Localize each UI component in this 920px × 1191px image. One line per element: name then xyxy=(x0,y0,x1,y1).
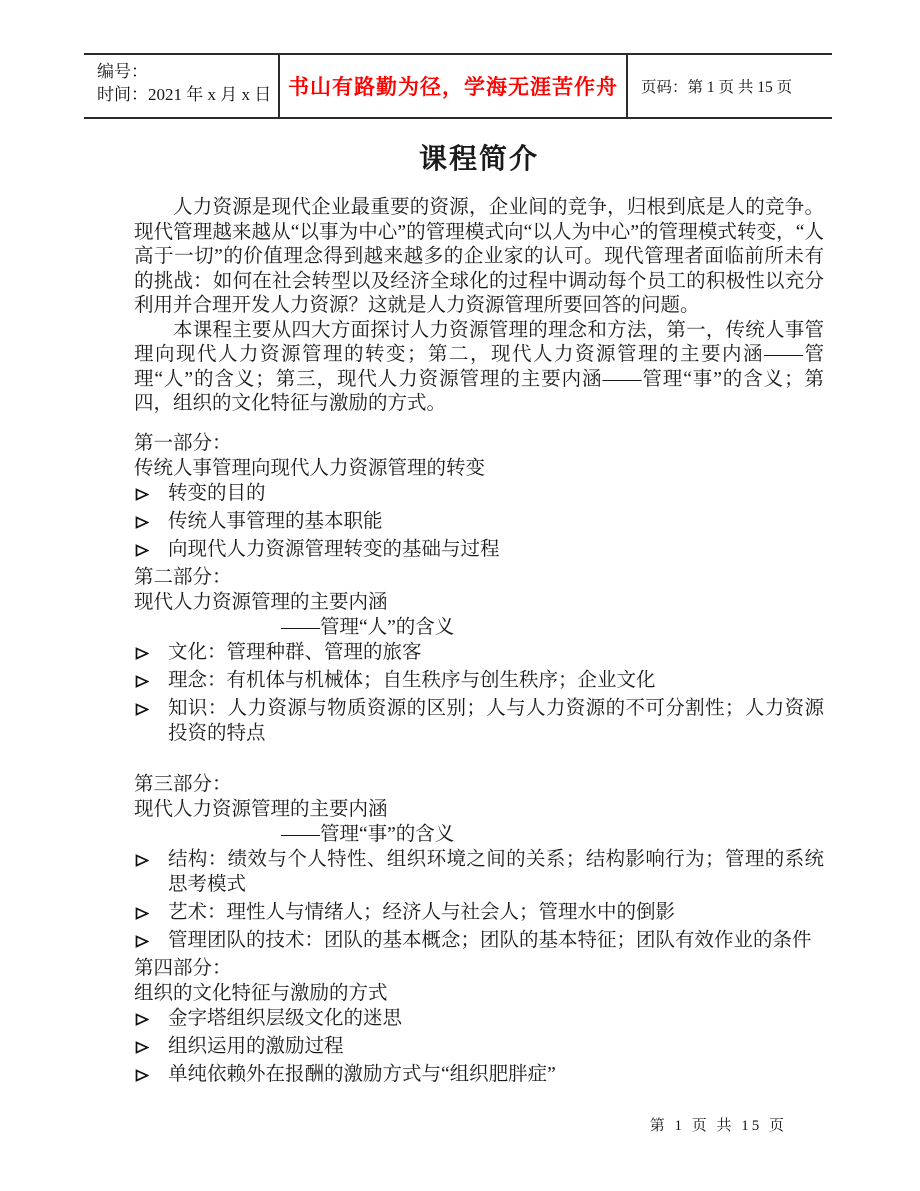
header-page-label: 页码：第 1 页 共 15 页 xyxy=(641,75,792,97)
section-part-1: 第一部分： 传统人事管理向现代人力资源管理的转变 转变的目的 传统人事管理的基本… xyxy=(134,431,824,562)
header-cell-number-date: 编号： 时间：2021 年 x 月 x 日 xyxy=(84,55,278,117)
document-page: 编号： 时间：2021 年 x 月 x 日 书山有路勤为径，学海无涯苦作舟 页码… xyxy=(0,0,920,1191)
bullet-item: 金字塔组织层级文化的迷思 xyxy=(134,1006,824,1031)
bullet-text: 知识：人力资源与物质资源的区别；人与人力资源的不可分割性；人力资源投资的特点 xyxy=(168,696,824,746)
bullet-text: 金字塔组织层级文化的迷思 xyxy=(168,1006,824,1031)
bullet-text: 管理团队的技术：团队的基本概念；团队的基本特征；团队有效作业的条件 xyxy=(168,928,824,953)
bullet-text: 理念：有机体与机械体；自生秩序与创生秩序；企业文化 xyxy=(168,668,824,693)
bullet-text: 组织运用的激励过程 xyxy=(168,1034,824,1059)
bullet-arrow-icon xyxy=(135,935,149,948)
bullet-arrow-icon xyxy=(135,854,149,867)
bullet-text: 传统人事管理的基本职能 xyxy=(168,509,824,534)
section-heading: 第四部分： xyxy=(134,956,824,981)
document-date-label: 时间：2021 年 x 月 x 日 xyxy=(97,83,278,106)
bullet-item: 向现代人力资源管理转变的基础与过程 xyxy=(134,537,824,562)
section-subtitle: 组织的文化特征与激励的方式 xyxy=(134,981,824,1006)
section-heading: 第一部分： xyxy=(134,431,824,456)
bullet-arrow-icon xyxy=(135,488,149,501)
paragraph-course-overview: 本课程主要从四大方面探讨人力资源管理的理念和方法，第一，传统人事管理向现代人力资… xyxy=(134,319,824,417)
bullet-item: 文化：管理种群、管理的旅客 xyxy=(134,640,824,665)
section-subtitle: 现代人力资源管理的主要内涵 xyxy=(134,590,824,615)
bullet-item: 管理团队的技术：团队的基本概念；团队的基本特征；团队有效作业的条件 xyxy=(134,928,824,953)
bullet-item: 组织运用的激励过程 xyxy=(134,1034,824,1059)
bullet-text: 艺术：理性人与情绪人；经济人与社会人；管理水中的倒影 xyxy=(168,900,824,925)
content-column: 课程简介 人力资源是现代企业最重要的资源，企业间的竞争，归根到底是人的竞争。现代… xyxy=(134,140,824,1090)
bullet-arrow-icon xyxy=(135,1013,149,1026)
bullet-arrow-icon xyxy=(135,675,149,688)
bullet-item: 艺术：理性人与情绪人；经济人与社会人；管理水中的倒影 xyxy=(134,900,824,925)
paragraph-intro: 人力资源是现代企业最重要的资源，企业间的竞争，归根到底是人的竞争。现代管理越来越… xyxy=(134,196,824,319)
bullet-text: 结构：绩效与个人特性、组织环境之间的关系；结构影响行为；管理的系统思考模式 xyxy=(168,847,824,897)
bullet-item: 理念：有机体与机械体；自生秩序与创生秩序；企业文化 xyxy=(134,668,824,693)
bullet-item: 结构：绩效与个人特性、组织环境之间的关系；结构影响行为；管理的系统思考模式 xyxy=(134,847,824,897)
bullet-item: 转变的目的 xyxy=(134,481,824,506)
page-title: 课程简介 xyxy=(134,140,824,180)
motto-text: 书山有路勤为径，学海无涯苦作舟 xyxy=(288,71,618,101)
bullet-text: 文化：管理种群、管理的旅客 xyxy=(168,640,824,665)
bullet-item: 传统人事管理的基本职能 xyxy=(134,509,824,534)
bullet-arrow-icon xyxy=(135,1069,149,1082)
section-part-4: 第四部分： 组织的文化特征与激励的方式 金字塔组织层级文化的迷思 组织运用的激励… xyxy=(134,956,824,1087)
section-part-2: 第二部分： 现代人力资源管理的主要内涵 ——管理“人”的含义 文化：管理种群、管… xyxy=(134,565,824,746)
section-heading: 第三部分： xyxy=(134,772,824,797)
section-subtitle: 传统人事管理向现代人力资源管理的转变 xyxy=(134,456,824,481)
bullet-item: 知识：人力资源与物质资源的区别；人与人力资源的不可分割性；人力资源投资的特点 xyxy=(134,696,824,746)
bullet-arrow-icon xyxy=(135,544,149,557)
bullet-arrow-icon xyxy=(135,907,149,920)
bullet-text: 向现代人力资源管理转变的基础与过程 xyxy=(168,537,824,562)
bullet-arrow-icon xyxy=(135,516,149,529)
bullet-item: 单纯依赖外在报酬的激励方式与“组织肥胖症” xyxy=(134,1062,824,1087)
document-number-label: 编号： xyxy=(97,60,278,83)
bullet-arrow-icon xyxy=(135,647,149,660)
bullet-arrow-icon xyxy=(135,703,149,716)
bullet-arrow-icon xyxy=(135,1041,149,1054)
footer-page-number: 第 1 页 共 15 页 xyxy=(650,1114,787,1135)
bullet-text: 单纯依赖外在报酬的激励方式与“组织肥胖症” xyxy=(168,1062,824,1087)
header-cell-page: 页码：第 1 页 共 15 页 xyxy=(628,55,832,117)
section-part-3: 第三部分： 现代人力资源管理的主要内涵 ——管理“事”的含义 结构：绩效与个人特… xyxy=(134,772,824,953)
section-heading: 第二部分： xyxy=(134,565,824,590)
section-dash-subtitle: ——管理“人”的含义 xyxy=(134,615,824,640)
header-cell-motto: 书山有路勤为径，学海无涯苦作舟 xyxy=(278,55,628,117)
section-subtitle: 现代人力资源管理的主要内涵 xyxy=(134,797,824,822)
bullet-text: 转变的目的 xyxy=(168,481,824,506)
section-dash-subtitle: ——管理“事”的含义 xyxy=(134,822,824,847)
header-table: 编号： 时间：2021 年 x 月 x 日 书山有路勤为径，学海无涯苦作舟 页码… xyxy=(84,53,832,119)
